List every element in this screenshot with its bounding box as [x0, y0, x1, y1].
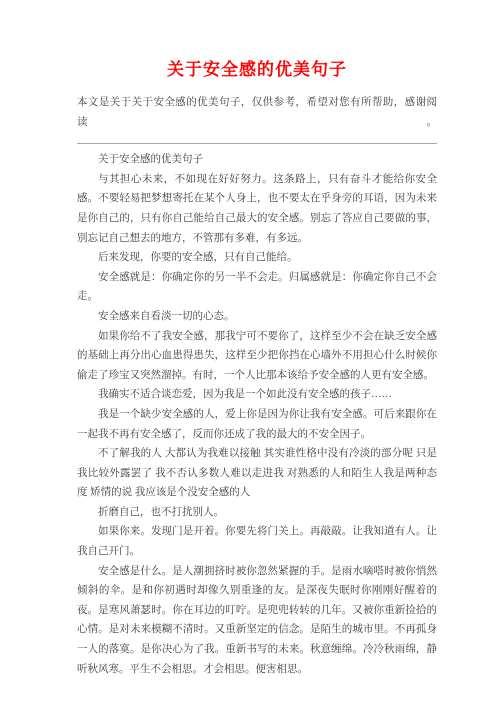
- divider: [77, 143, 437, 144]
- document-page: 关于安全感的优美句子 本文是关于关于安全感的优美句子，仅供参考，希望对您有所帮助…: [0, 0, 496, 702]
- doc-heading: 关于安全感的优美句子: [77, 150, 437, 170]
- doc-paragraph: 与其担心未来，不如现在好好努力。这条路上，只有奋斗才能给你安全感。不要轻易把梦想…: [77, 170, 437, 248]
- doc-paragraph: 后来发现，你要的安全感，只有自己能给。: [77, 248, 437, 268]
- document-body: 关于安全感的优美句子 与其担心未来，不如现在好好努力。这条路上，只有奋斗才能给你…: [77, 150, 437, 679]
- doc-paragraph: 折磨自己，也不打扰别人。: [77, 503, 437, 523]
- doc-paragraph: 我确实不适合谈恋爱，因为我是一个如此没有安全感的孩子……: [77, 385, 437, 405]
- doc-paragraph: 不了解我的人 大都认为我难以接触 其实谁性格中没有冷淡的部分呢 只是我比较外露罢…: [77, 444, 437, 503]
- doc-paragraph: 安全感就是：你确定你的另一半不会走。归属感就是：你确定你自己不会走。: [77, 268, 437, 307]
- doc-paragraph: 如果你给不了我安全感，那我宁可不要你了，这样至少不会在缺乏安全感的基础上再分出心…: [77, 327, 437, 386]
- doc-paragraph: 安全感来自看淡一切的心态。: [77, 307, 437, 327]
- intro-text: 本文是关于关于安全感的优美句子，仅供参考，希望对您有所帮助，感谢阅读。: [77, 93, 437, 132]
- doc-paragraph: 安全感是什么。是人潮拥挤时被你忽然紧握的手。是雨水嘀嗒时被你悄然倾斜的伞。是和你…: [77, 562, 437, 680]
- doc-paragraph: 如果你来。发现门是开着。你要先将门关上。再敲敲。让我知道有人。让我自己开门。: [77, 522, 437, 561]
- doc-paragraph: 我是一个缺少安全感的人，爱上你是因为你让我有安全感。可后来跟你在一起我不再有安全…: [77, 405, 437, 444]
- page-title: 关于安全感的优美句子: [77, 60, 437, 80]
